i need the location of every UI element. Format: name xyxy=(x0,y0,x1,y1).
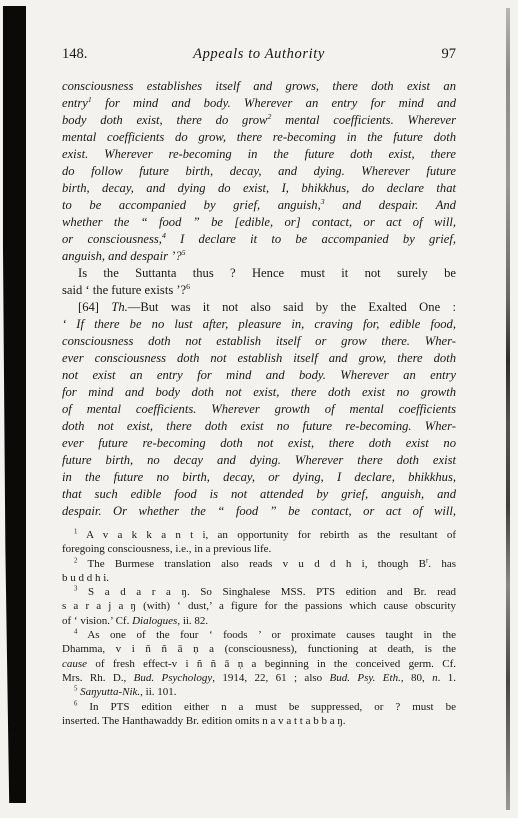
header-page-number: 97 xyxy=(362,46,456,63)
footnote: 1 A v a k k a n t i, an opportunity for … xyxy=(62,528,456,557)
paragraph: Is the Suttanta thus ? Hence must it not… xyxy=(62,265,456,299)
text-line: or consciousness,4 I declare it to be ac… xyxy=(62,231,456,248)
footnote-line: Mrs. Rh. D., Bud. Psychology, 1914, 22, … xyxy=(62,671,456,685)
text-line: ‘ If there be no lust after, pleasure in… xyxy=(62,316,456,333)
page-content: 148. Appeals to Authority 97 consciousne… xyxy=(62,0,456,728)
footnote-line: 4 As one of the four ‘ foods ’ or proxim… xyxy=(62,628,456,642)
page-edge-line xyxy=(506,8,510,810)
text-line: despair. Or whether the “ food ” be cont… xyxy=(62,503,456,520)
footnote-line: inserted. The Hanthawaddy Br. edition om… xyxy=(62,714,456,728)
text-line: entry1 for mind and body. Wherever an en… xyxy=(62,95,456,112)
text-line: consciousness establishes itself and gro… xyxy=(62,78,456,95)
text-line: exist. Wherever re-becoming in the futur… xyxy=(62,146,456,163)
footnote-line: of ‘ vision.’ Cf. Dialogues, ii. 82. xyxy=(62,614,456,628)
footnote: 2 The Burmese translation also reads v u… xyxy=(62,557,456,586)
text-line: ever consciousness doth not establish it… xyxy=(62,350,456,367)
text-line: mental coefficients do grow, there re-be… xyxy=(62,129,456,146)
body-text: consciousness establishes itself and gro… xyxy=(62,78,456,520)
text-line: to be accompanied by grief, anguish,3 an… xyxy=(62,197,456,214)
running-header: 148. Appeals to Authority 97 xyxy=(62,46,456,63)
text-line: future birth, no decay and dying. Wherev… xyxy=(62,452,456,469)
footnote-line: 5 Saŋyutta-Nik., ii. 101. xyxy=(62,685,456,699)
text-line: Is the Suttanta thus ? Hence must it not… xyxy=(62,265,456,282)
footnote-line: 1 A v a k k a n t i, an opportunity for … xyxy=(62,528,456,542)
footnote-line: 6 In PTS edition either n a must be supp… xyxy=(62,700,456,714)
text-line: doth not exist, there doth exist no futu… xyxy=(62,418,456,435)
header-section-number: 148. xyxy=(62,46,156,63)
footnote: 3 S a d a r a ŋ. So Singhalese MSS. PTS … xyxy=(62,585,456,628)
book-page: 148. Appeals to Authority 97 consciousne… xyxy=(0,0,518,818)
text-line: of mental coefficients. Wherever growth … xyxy=(62,401,456,418)
text-line: ever future re-becoming doth not exist, … xyxy=(62,435,456,452)
footnotes: 1 A v a k k a n t i, an opportunity for … xyxy=(62,528,456,728)
text-line: consciousness doth not establish itself … xyxy=(62,333,456,350)
text-line: whether the “ food ” be [edible, or] con… xyxy=(62,214,456,231)
text-line: [64] Th.—But was it not also said by the… xyxy=(62,299,456,316)
footnote: 6 In PTS edition either n a must be supp… xyxy=(62,700,456,729)
footnote: 5 Saŋyutta-Nik., ii. 101. xyxy=(62,685,456,699)
text-line: that such edible food is not attended by… xyxy=(62,486,456,503)
footnote-line: cause of fresh effect-v i ñ ñ ā ṇ a begi… xyxy=(62,657,456,671)
text-line: not exist an entry for mind and body. Wh… xyxy=(62,367,456,384)
footnote-line: Dhamma, v i ñ ñ ā ṇ a (consciousness), f… xyxy=(62,642,456,656)
footnote: 4 As one of the four ‘ foods ’ or proxim… xyxy=(62,628,456,685)
footnote-line: foregoing consciousness, i.e., in a prev… xyxy=(62,542,456,556)
footnote-line: 2 The Burmese translation also reads v u… xyxy=(62,557,456,571)
text-line: body doth exist, there do grow2 mental c… xyxy=(62,112,456,129)
text-line: anguish, and despair ’?5 xyxy=(62,248,456,265)
text-line: birth, decay, and dying do exist, I, bhi… xyxy=(62,180,456,197)
book-spine-shadow xyxy=(2,6,26,803)
text-line: do follow future birth, decay, and dying… xyxy=(62,163,456,180)
text-line: in the future no birth, decay, or dying,… xyxy=(62,469,456,486)
footnote-line: s a r a j a ŋ (with) ‘ dust,’ a figure f… xyxy=(62,599,456,613)
text-line: for mind and body doth not exist, there … xyxy=(62,384,456,401)
paragraph: consciousness establishes itself and gro… xyxy=(62,78,456,265)
footnote-line: 3 S a d a r a ŋ. So Singhalese MSS. PTS … xyxy=(62,585,456,599)
paragraph: [64] Th.—But was it not also said by the… xyxy=(62,299,456,520)
text-line: said ‘ the future exists ’?6 xyxy=(62,282,456,299)
footnote-line: b u d d h i. xyxy=(62,571,456,585)
header-title: Appeals to Authority xyxy=(156,46,362,63)
